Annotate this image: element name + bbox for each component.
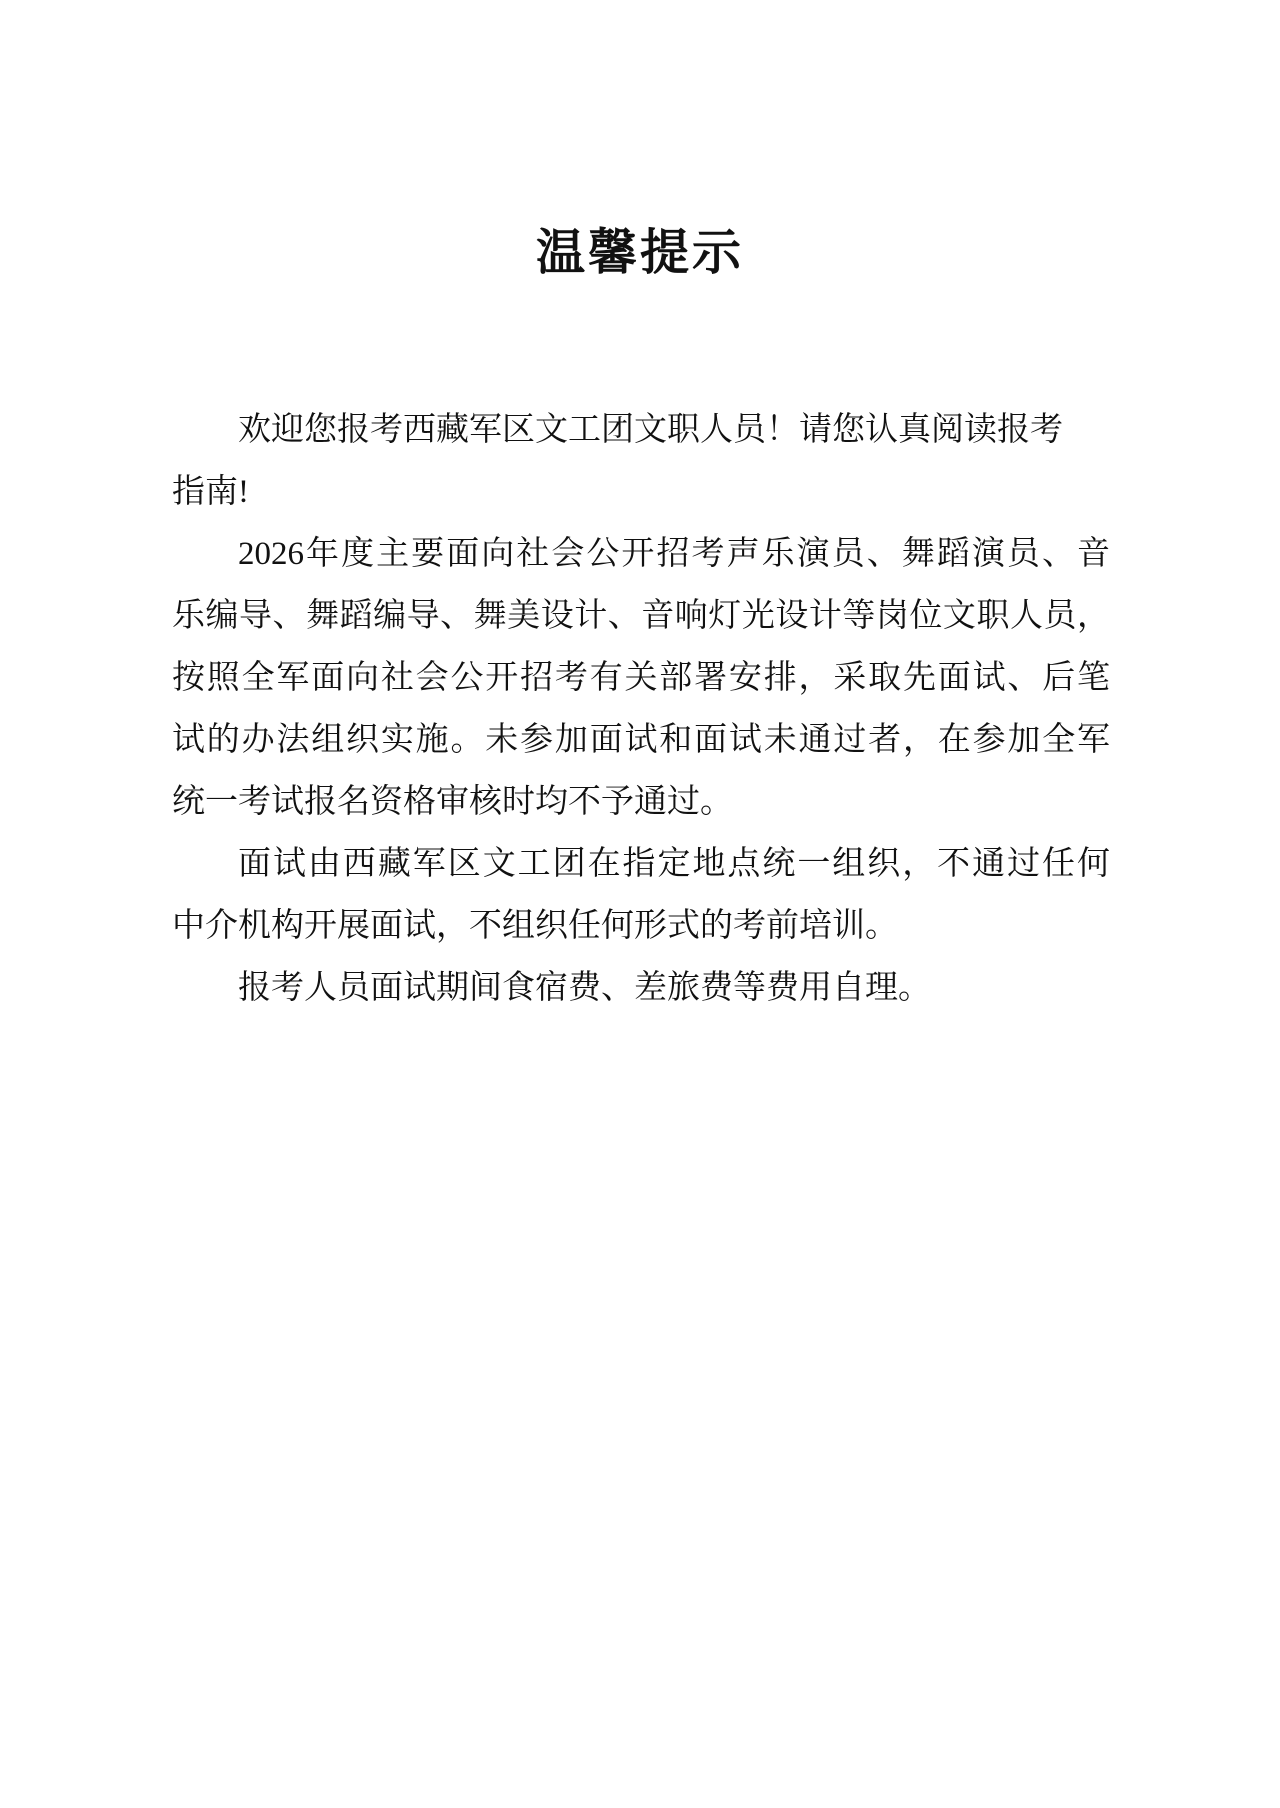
page-title: 温馨提示 — [0, 218, 1280, 288]
paragraph: 面试由西藏军区文工团在指定地点统一组织，不通过任何中介机构开展面试，不组织任何形… — [172, 833, 1110, 957]
text-line: 面试由西藏军区文工团在指定地点统一组织，不通过任何 — [172, 833, 1110, 895]
paragraph: 欢迎您报考西藏军区文工团文职人员！请您认真阅读报考指南! — [172, 399, 1110, 523]
text-line: 2026年度主要面向社会公开招考声乐演员、舞蹈演员、音 — [172, 523, 1110, 585]
document-body: 欢迎您报考西藏军区文工团文职人员！请您认真阅读报考指南!2026年度主要面向社会… — [172, 399, 1110, 1019]
text-line: 指南! — [172, 461, 1110, 523]
text-line: 欢迎您报考西藏军区文工团文职人员！请您认真阅读报考 — [172, 399, 1110, 461]
document-page: 温馨提示 欢迎您报考西藏军区文工团文职人员！请您认真阅读报考指南!2026年度主… — [0, 0, 1280, 1808]
paragraph: 2026年度主要面向社会公开招考声乐演员、舞蹈演员、音乐编导、舞蹈编导、舞美设计… — [172, 523, 1110, 833]
text-line: 按照全军面向社会公开招考有关部署安排，采取先面试、后笔 — [172, 647, 1110, 709]
text-line: 乐编导、舞蹈编导、舞美设计、音响灯光设计等岗位文职人员， — [172, 585, 1110, 647]
text-line: 试的办法组织实施。未参加面试和面试未通过者，在参加全军 — [172, 709, 1110, 771]
text-line: 报考人员面试期间食宿费、差旅费等费用自理。 — [172, 957, 1110, 1019]
paragraph: 报考人员面试期间食宿费、差旅费等费用自理。 — [172, 957, 1110, 1019]
text-line: 统一考试报名资格审核时均不予通过。 — [172, 771, 1110, 833]
text-line: 中介机构开展面试，不组织任何形式的考前培训。 — [172, 895, 1110, 957]
